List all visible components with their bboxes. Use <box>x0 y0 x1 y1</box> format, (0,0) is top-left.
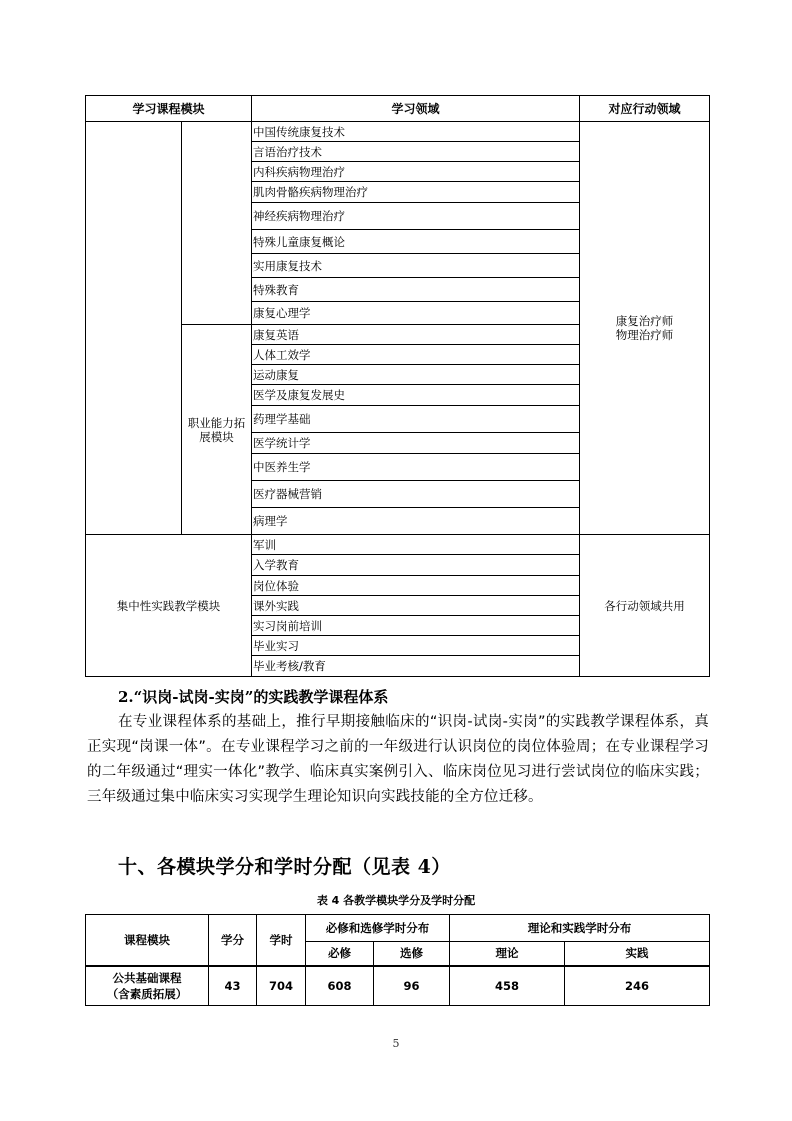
course-cell: 岗位体验 <box>252 576 580 596</box>
header-hours: 学时 <box>257 915 306 966</box>
course-cell: 神经疾病物理治疗 <box>252 203 580 230</box>
course-cell: 军训 <box>252 535 580 555</box>
header-required-elective-group: 必修和选修学时分布 <box>306 915 450 942</box>
header-module: 学习课程模块 <box>86 96 252 122</box>
header-domain: 学习领域 <box>252 96 580 122</box>
course-cell: 病理学 <box>252 508 580 535</box>
module-name-line1: 公共基础课程 <box>86 970 208 986</box>
action-field-line1: 康复治疗师 <box>582 314 707 328</box>
course-cell: 人体工效学 <box>252 345 580 365</box>
course-cell: 实用康复技术 <box>252 254 580 278</box>
header-elective: 选修 <box>374 942 450 966</box>
action-field-line2: 物理治疗师 <box>582 328 707 342</box>
learning-domain-table: 学习课程模块 学习领域 对应行动领域 中国传统康复技术 康复治疗师 物理治疗师 … <box>85 95 710 535</box>
course-cell: 药理学基础 <box>252 406 580 433</box>
required-cell: 608 <box>306 966 374 1006</box>
elective-cell: 96 <box>374 966 450 1006</box>
course-cell: 毕业实习 <box>252 636 580 656</box>
course-cell: 特殊教育 <box>252 278 580 302</box>
course-cell: 康复英语 <box>252 325 580 345</box>
practice-cell: 246 <box>565 966 710 1006</box>
course-cell: 特殊儿童康复概论 <box>252 230 580 254</box>
page-number: 5 <box>0 1037 792 1050</box>
course-cell: 医学统计学 <box>252 433 580 454</box>
header-required: 必修 <box>306 942 374 966</box>
header-theory: 理论 <box>450 942 565 966</box>
header-module: 课程模块 <box>86 915 209 966</box>
section-paragraph: 在专业课程体系的基础上，推行早期接触临床的“识岗-试岗-实岗”的实践教学课程体系… <box>87 710 709 810</box>
course-cell: 医学及康复发展史 <box>252 385 580 406</box>
header-credits: 学分 <box>209 915 257 966</box>
module-extension-label: 职业能力拓展模块 <box>182 325 252 535</box>
module-group-cell <box>86 122 182 535</box>
table-caption: 表 4 各教学模块学分及学时分配 <box>0 892 792 908</box>
action-field-shared: 各行动领域共用 <box>580 535 710 677</box>
course-cell: 肌肉骨骼疾病物理治疗 <box>252 182 580 203</box>
course-cell: 言语治疗技术 <box>252 142 580 162</box>
theory-cell: 458 <box>450 966 565 1006</box>
course-cell: 康复心理学 <box>252 302 580 325</box>
course-cell: 医疗器械营销 <box>252 481 580 508</box>
course-cell: 毕业考核/教育 <box>252 656 580 677</box>
header-theory-practice-group: 理论和实践学时分布 <box>450 915 710 942</box>
chapter-heading-credit-allocation: 十、各模块学分和学时分配（见表 4） <box>118 852 451 879</box>
credit-hours-table: 课程模块 学分 学时 必修和选修学时分布 理论和实践学时分布 必修 选修 理论 … <box>85 914 710 1006</box>
module-name-line2: （含素质拓展） <box>86 986 208 1002</box>
course-cell: 课外实践 <box>252 596 580 616</box>
table-row: 公共基础课程 （含素质拓展） 43 704 608 96 458 246 <box>86 966 710 1006</box>
header-action-field: 对应行动领域 <box>580 96 710 122</box>
course-cell: 运动康复 <box>252 365 580 385</box>
module-practice-label: 集中性实践教学模块 <box>86 535 252 677</box>
course-cell: 中医养生学 <box>252 454 580 481</box>
section-heading-practice-system: 2.“识岗-试岗-实岗”的实践教学课程体系 <box>118 686 388 707</box>
course-cell: 实习岗前培训 <box>252 616 580 636</box>
course-cell: 内科疾病物理治疗 <box>252 162 580 182</box>
module-cell: 公共基础课程 （含素质拓展） <box>86 966 209 1006</box>
module-core-label <box>182 122 252 325</box>
credits-cell: 43 <box>209 966 257 1006</box>
course-cell: 入学教育 <box>252 555 580 576</box>
practice-module-table: 集中性实践教学模块 军训 各行动领域共用 入学教育 岗位体验 课外实践 实习岗前… <box>85 534 710 677</box>
course-cell: 中国传统康复技术 <box>252 122 580 142</box>
hours-cell: 704 <box>257 966 306 1006</box>
action-field-rehab: 康复治疗师 物理治疗师 <box>580 122 710 535</box>
header-practice: 实践 <box>565 942 710 966</box>
